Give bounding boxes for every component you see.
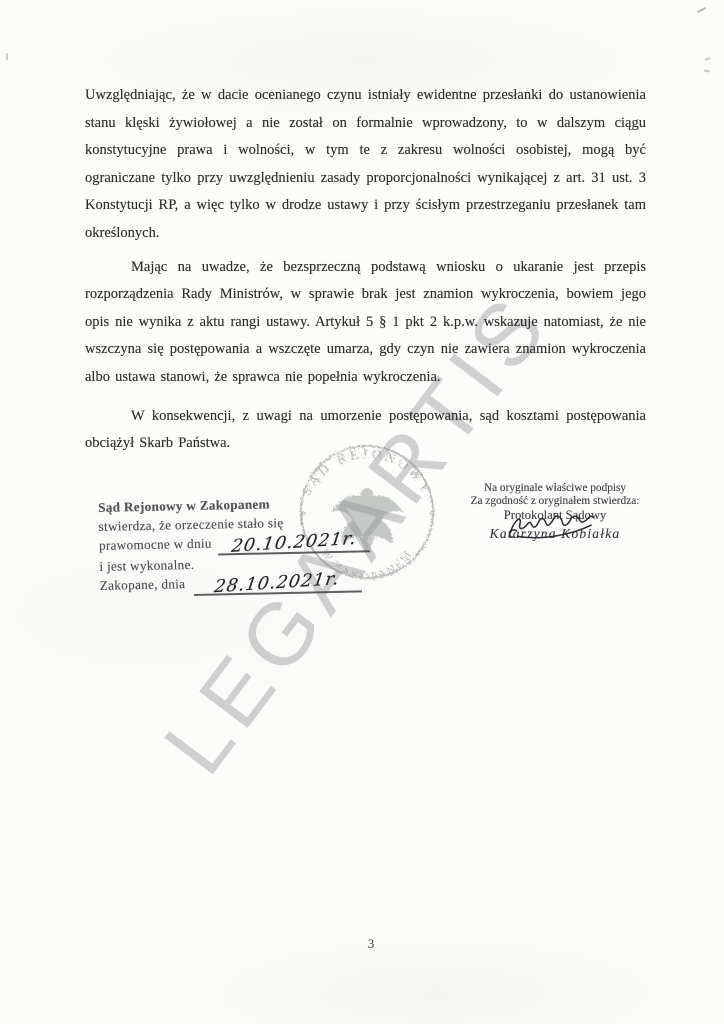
handwritten-final-date: 20.10.2021r. <box>230 530 358 557</box>
stamp-issue-date-prefix: Zakopane, dnia <box>100 576 186 593</box>
scanned-court-document-page: LEGAARTIS Uwzględniając, że w dacie ocen… <box>0 0 724 1024</box>
stamp-final-date-prefix: prawomocne w dniu <box>99 536 212 553</box>
page-number: 3 <box>368 936 375 952</box>
enforceability-stamp: Sąd Rejonowy w Zakopanem stwierdza, że o… <box>98 493 380 597</box>
paragraph-constitutional-rights: Uwzględniając, że w dacie ocenianego czy… <box>85 82 646 248</box>
attestation-certified-copy: Za zgodność z oryginałem stwierdza: <box>447 495 663 508</box>
scan-artifact-mark <box>704 69 710 72</box>
seal-right-star: * <box>429 508 436 523</box>
clerk-signature-icon <box>503 509 599 541</box>
scan-artifact-mark <box>705 57 710 60</box>
paragraph-legal-basis: Mając na uwadze, że bezsprzeczną podstaw… <box>85 254 646 392</box>
scan-artifact-mark <box>697 7 706 13</box>
scan-artifact-mark <box>6 53 8 60</box>
document-body: Uwzględniając, że w dacie ocenianego czy… <box>85 82 646 458</box>
handwritten-issue-date: 28.10.2021r. <box>213 570 341 597</box>
issue-date-blank-line: 28.10.2021r. <box>193 570 361 595</box>
attestation-original-signatures: Na oryginale właściwe podpisy <box>447 482 663 495</box>
final-date-blank-line: 20.10.2021r. <box>218 530 370 555</box>
attestation-block: Na oryginale właściwe podpisy Za zgodnoś… <box>447 482 663 542</box>
